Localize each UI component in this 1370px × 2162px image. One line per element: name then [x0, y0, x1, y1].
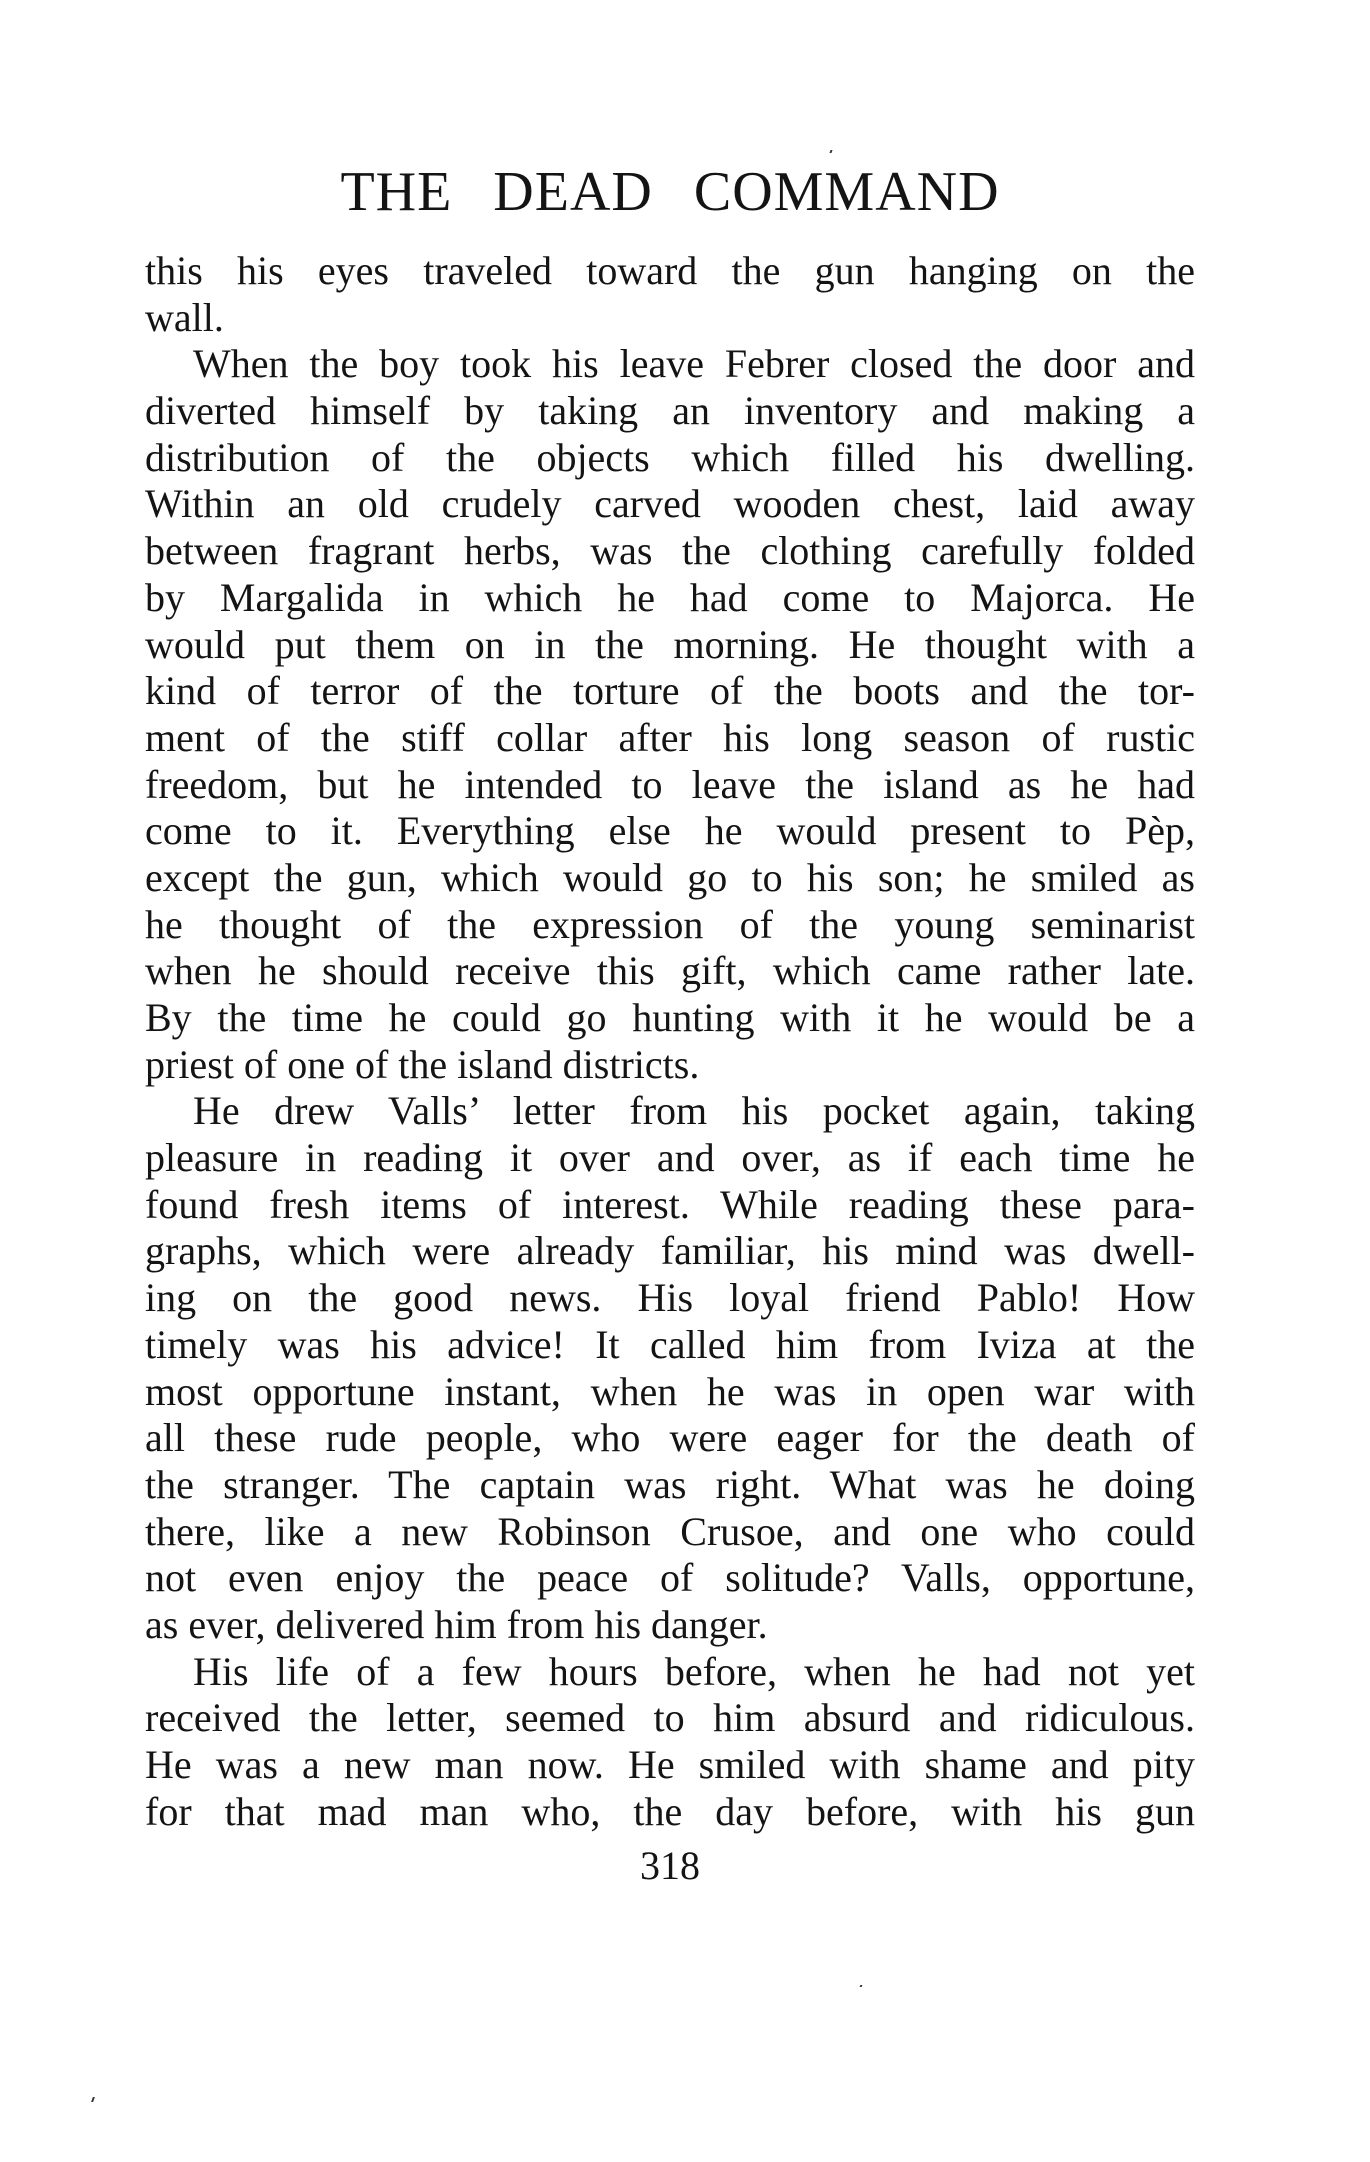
- text-line: except the gun, which would go to his so…: [145, 855, 1195, 902]
- text-line: for that mad man who, the day before, wi…: [145, 1789, 1195, 1836]
- text-line: this his eyes traveled toward the gun ha…: [145, 248, 1195, 295]
- paragraph-2: When the boy took his leave Febrer close…: [145, 341, 1195, 1088]
- text-line: received the letter, seemed to him absur…: [145, 1695, 1195, 1742]
- text-line: pleasure in reading it over and over, as…: [145, 1135, 1195, 1182]
- text-line: not even enjoy the peace of solitude? Va…: [145, 1555, 1195, 1602]
- text-line: when he should receive this gift, which …: [145, 948, 1195, 995]
- running-head-title: THE DEAD COMMAND: [145, 160, 1195, 224]
- text-line: as ever, delivered him from his danger.: [145, 1602, 1195, 1649]
- text-line: His life of a few hours before, when he …: [145, 1649, 1195, 1696]
- text-line: distribution of the objects which filled…: [145, 435, 1195, 482]
- text-line: wall.: [145, 295, 1195, 342]
- text-line: he thought of the expression of the youn…: [145, 902, 1195, 949]
- scan-speck: [91, 2097, 95, 2102]
- text-line: By the time he could go hunting with it …: [145, 995, 1195, 1042]
- book-page: THE DEAD COMMAND this his eyes traveled …: [0, 0, 1370, 2162]
- text-line: most opportune instant, when he was in o…: [145, 1369, 1195, 1416]
- body-text: this his eyes traveled toward the gun ha…: [145, 248, 1195, 1835]
- text-line: timely was his advice! It called him fro…: [145, 1322, 1195, 1369]
- text-line: between fragrant herbs, was the clothing…: [145, 528, 1195, 575]
- text-line: all these rude people, who were eager fo…: [145, 1415, 1195, 1462]
- text-line: He was a new man now. He smiled with sha…: [145, 1742, 1195, 1789]
- text-line: graphs, which were already familiar, his…: [145, 1228, 1195, 1275]
- text-line: He drew Valls’ letter from his pocket ag…: [145, 1088, 1195, 1135]
- text-line: Within an old crudely carved wooden ches…: [145, 481, 1195, 528]
- text-line: freedom, but he intended to leave the is…: [145, 762, 1195, 809]
- text-line: would put them on in the morning. He tho…: [145, 622, 1195, 669]
- text-line: the stranger. The captain was right. Wha…: [145, 1462, 1195, 1509]
- paragraph-4: His life of a few hours before, when he …: [145, 1649, 1195, 1836]
- page-number: 318: [145, 1843, 1195, 1889]
- paragraph-1: this his eyes traveled toward the gun ha…: [145, 248, 1195, 341]
- text-line: ing on the good news. His loyal friend P…: [145, 1275, 1195, 1322]
- text-line: priest of one of the island districts.: [145, 1042, 1195, 1089]
- scan-speck: [829, 150, 832, 153]
- text-line: by Margalida in which he had come to Maj…: [145, 575, 1195, 622]
- text-line: found fresh items of interest. While rea…: [145, 1182, 1195, 1229]
- paragraph-3: He drew Valls’ letter from his pocket ag…: [145, 1088, 1195, 1648]
- text-line: When the boy took his leave Febrer close…: [145, 341, 1195, 388]
- text-line: there, like a new Robinson Crusoe, and o…: [145, 1509, 1195, 1556]
- text-line: ment of the stiff collar after his long …: [145, 715, 1195, 762]
- text-line: kind of terror of the torture of the boo…: [145, 668, 1195, 715]
- scan-speck: [860, 1985, 863, 1987]
- text-line: diverted himself by taking an inventory …: [145, 388, 1195, 435]
- text-line: come to it. Everything else he would pre…: [145, 808, 1195, 855]
